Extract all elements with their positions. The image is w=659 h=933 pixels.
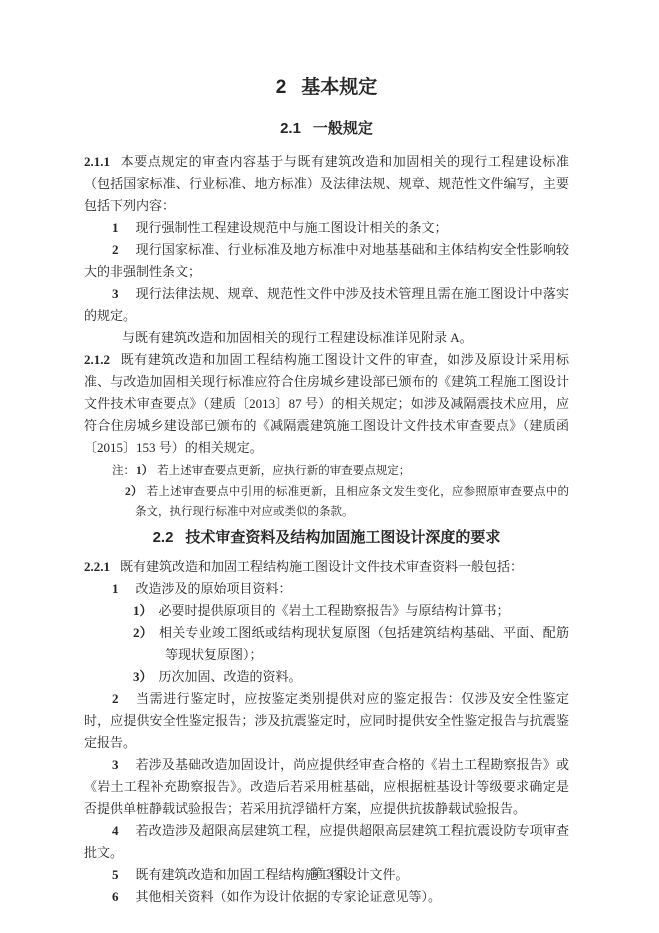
note-item-number: 1） (136, 465, 153, 477)
item-number: 6 (112, 889, 119, 904)
clause-2-1-2-text: 既有建筑改造和加固工程结构施工图设计文件的审查，如涉及原设计采用标准、与改造加固… (84, 352, 569, 455)
list-item-2-1-1-2: 2现行国家标准、行业标准及地方标准中对地基基础和主体结构安全性影响较大的非强制性… (84, 239, 569, 283)
chapter-number: 2 (276, 77, 287, 98)
list-item-2-2-1-3: 3若涉及基础改造加固设计，尚应提供经审查合格的《岩土工程勘察报告》或《岩土工程补… (84, 754, 569, 820)
item-text: 若涉及基础改造加固设计，尚应提供经审查合格的《岩土工程勘察报告》或《岩土工程补充… (84, 757, 569, 816)
item-number: 3 (112, 286, 119, 301)
item-text: 若改造涉及超限高层建筑工程，应提供超限高层建筑工程抗震设防专项审查批文。 (84, 823, 569, 860)
sub-item-number: 2） (133, 625, 153, 640)
sub-item-3: 3）历次加固、改造的资料。 (84, 666, 569, 688)
sub-item-text: 必要时提供原项目的《岩土工程勘察报告》与原结构计算书； (159, 603, 510, 618)
section-2-1-number: 2.1 (280, 120, 301, 137)
item-number: 1 (112, 581, 119, 596)
item-number: 4 (112, 823, 119, 838)
note-item-1: 注：1）若上述审查要点更新，应执行新的审查要点规定； (84, 461, 569, 482)
appendix-reference-line: 与既有建筑改造和加固相关的现行工程建设标准详见附录 A。 (84, 327, 569, 349)
list-item-2-2-1-4: 4若改造涉及超限高层建筑工程，应提供超限高层建筑工程抗震设防专项审查批文。 (84, 820, 569, 864)
sub-item-text: 历次加固、改造的资料。 (159, 669, 302, 684)
section-2-2-title: 技术审查资料及结构加固施工图设计深度的要求 (185, 529, 500, 546)
page-number-footer: 第 3 页 (0, 865, 659, 881)
section-2-1-heading: 2.1一般规定 (84, 119, 569, 139)
note-block: 注：1）若上述审查要点更新，应执行新的审查要点规定； 2）若上述审查要点中引用的… (84, 461, 569, 523)
item-text: 现行强制性工程建设规范中与施工图设计相关的条文； (136, 220, 448, 235)
item-text: 其他相关资料（如作为设计依据的专家论证意见等）。 (136, 889, 442, 904)
chapter-title: 基本规定 (301, 77, 377, 98)
item-text: 当需进行鉴定时，应按鉴定类别提供对应的鉴定报告：仅涉及安全性鉴定时，应提供安全性… (84, 691, 569, 750)
note-item-number: 2） (125, 486, 143, 498)
sub-item-2: 2）相关专业竣工图纸或结构现状复原图（包括建筑结构基础、平面、配筋等现状复原图）… (84, 622, 569, 666)
item-text: 现行法律法规、规章、规范性文件中涉及技术管理且需在施工图设计中落实的规定。 (84, 286, 569, 323)
item-number: 2 (112, 691, 119, 706)
list-item-2-1-1-1: 1现行强制性工程建设规范中与施工图设计相关的条文； (84, 217, 569, 239)
section-2-1-title: 一般规定 (313, 120, 373, 137)
note-item-2: 2）若上述审查要点中引用的标准更新，且相应条文发生变化，应参照原审查要点中的条文… (84, 482, 569, 523)
section-2-2-heading: 2.2技术审查资料及结构加固施工图设计深度的要求 (84, 528, 569, 548)
list-item-2-2-1-2: 2当需进行鉴定时，应按鉴定类别提供对应的鉴定报告：仅涉及安全性鉴定时，应提供安全… (84, 688, 569, 754)
sub-item-number: 1） (133, 603, 153, 618)
sub-item-text: 相关专业竣工图纸或结构现状复原图（包括建筑结构基础、平面、配筋等现状复原图）； (159, 625, 569, 662)
chapter-heading: 2基本规定 (84, 76, 569, 100)
item-number: 2 (112, 242, 119, 257)
section-2-2-number: 2.2 (153, 529, 174, 546)
list-item-2-1-1-3: 3现行法律法规、规章、规范性文件中涉及技术管理且需在施工图设计中落实的规定。 (84, 283, 569, 327)
item-number: 1 (112, 220, 119, 235)
clause-2-1-2-number: 2.1.2 (84, 352, 110, 367)
item-text: 改造涉及的原始项目资料： (136, 581, 292, 596)
clause-2-1-1: 2.1.1本要点规定的审查内容基于与既有建筑改造和加固相关的现行工程建设标准（包… (84, 151, 569, 217)
clause-2-1-1-text: 本要点规定的审查内容基于与既有建筑改造和加固相关的现行工程建设标准（包括国家标准… (84, 154, 569, 213)
clause-2-1-1-number: 2.1.1 (84, 154, 110, 169)
clause-2-2-1-text: 既有建筑改造和加固工程结构施工图设计文件技术审查资料一般包括： (120, 559, 523, 574)
note-label: 注： (112, 465, 135, 477)
note-item-text: 若上述审查要点中引用的标准更新，且相应条文发生变化，应参照原审查要点中的条文，执… (135, 486, 569, 519)
list-item-2-2-1-1: 1改造涉及的原始项目资料： (84, 578, 569, 600)
clause-2-1-2: 2.1.2既有建筑改造和加固工程结构施工图设计文件的审查，如涉及原设计采用标准、… (84, 349, 569, 459)
list-item-2-2-1-6: 6其他相关资料（如作为设计依据的专家论证意见等）。 (84, 886, 569, 908)
document-page: 2基本规定 2.1一般规定 2.1.1本要点规定的审查内容基于与既有建筑改造和加… (0, 0, 659, 933)
item-number: 3 (112, 757, 119, 772)
clause-2-2-1-number: 2.2.1 (84, 559, 110, 574)
clause-2-2-1: 2.2.1既有建筑改造和加固工程结构施工图设计文件技术审查资料一般包括： (84, 556, 569, 578)
note-item-text: 若上述审查要点更新，应执行新的审查要点规定； (157, 465, 410, 477)
item-text: 现行国家标准、行业标准及地方标准中对地基基础和主体结构安全性影响较大的非强制性条… (84, 242, 569, 279)
sub-item-1: 1）必要时提供原项目的《岩土工程勘察报告》与原结构计算书； (84, 600, 569, 622)
sub-item-number: 3） (133, 669, 153, 684)
